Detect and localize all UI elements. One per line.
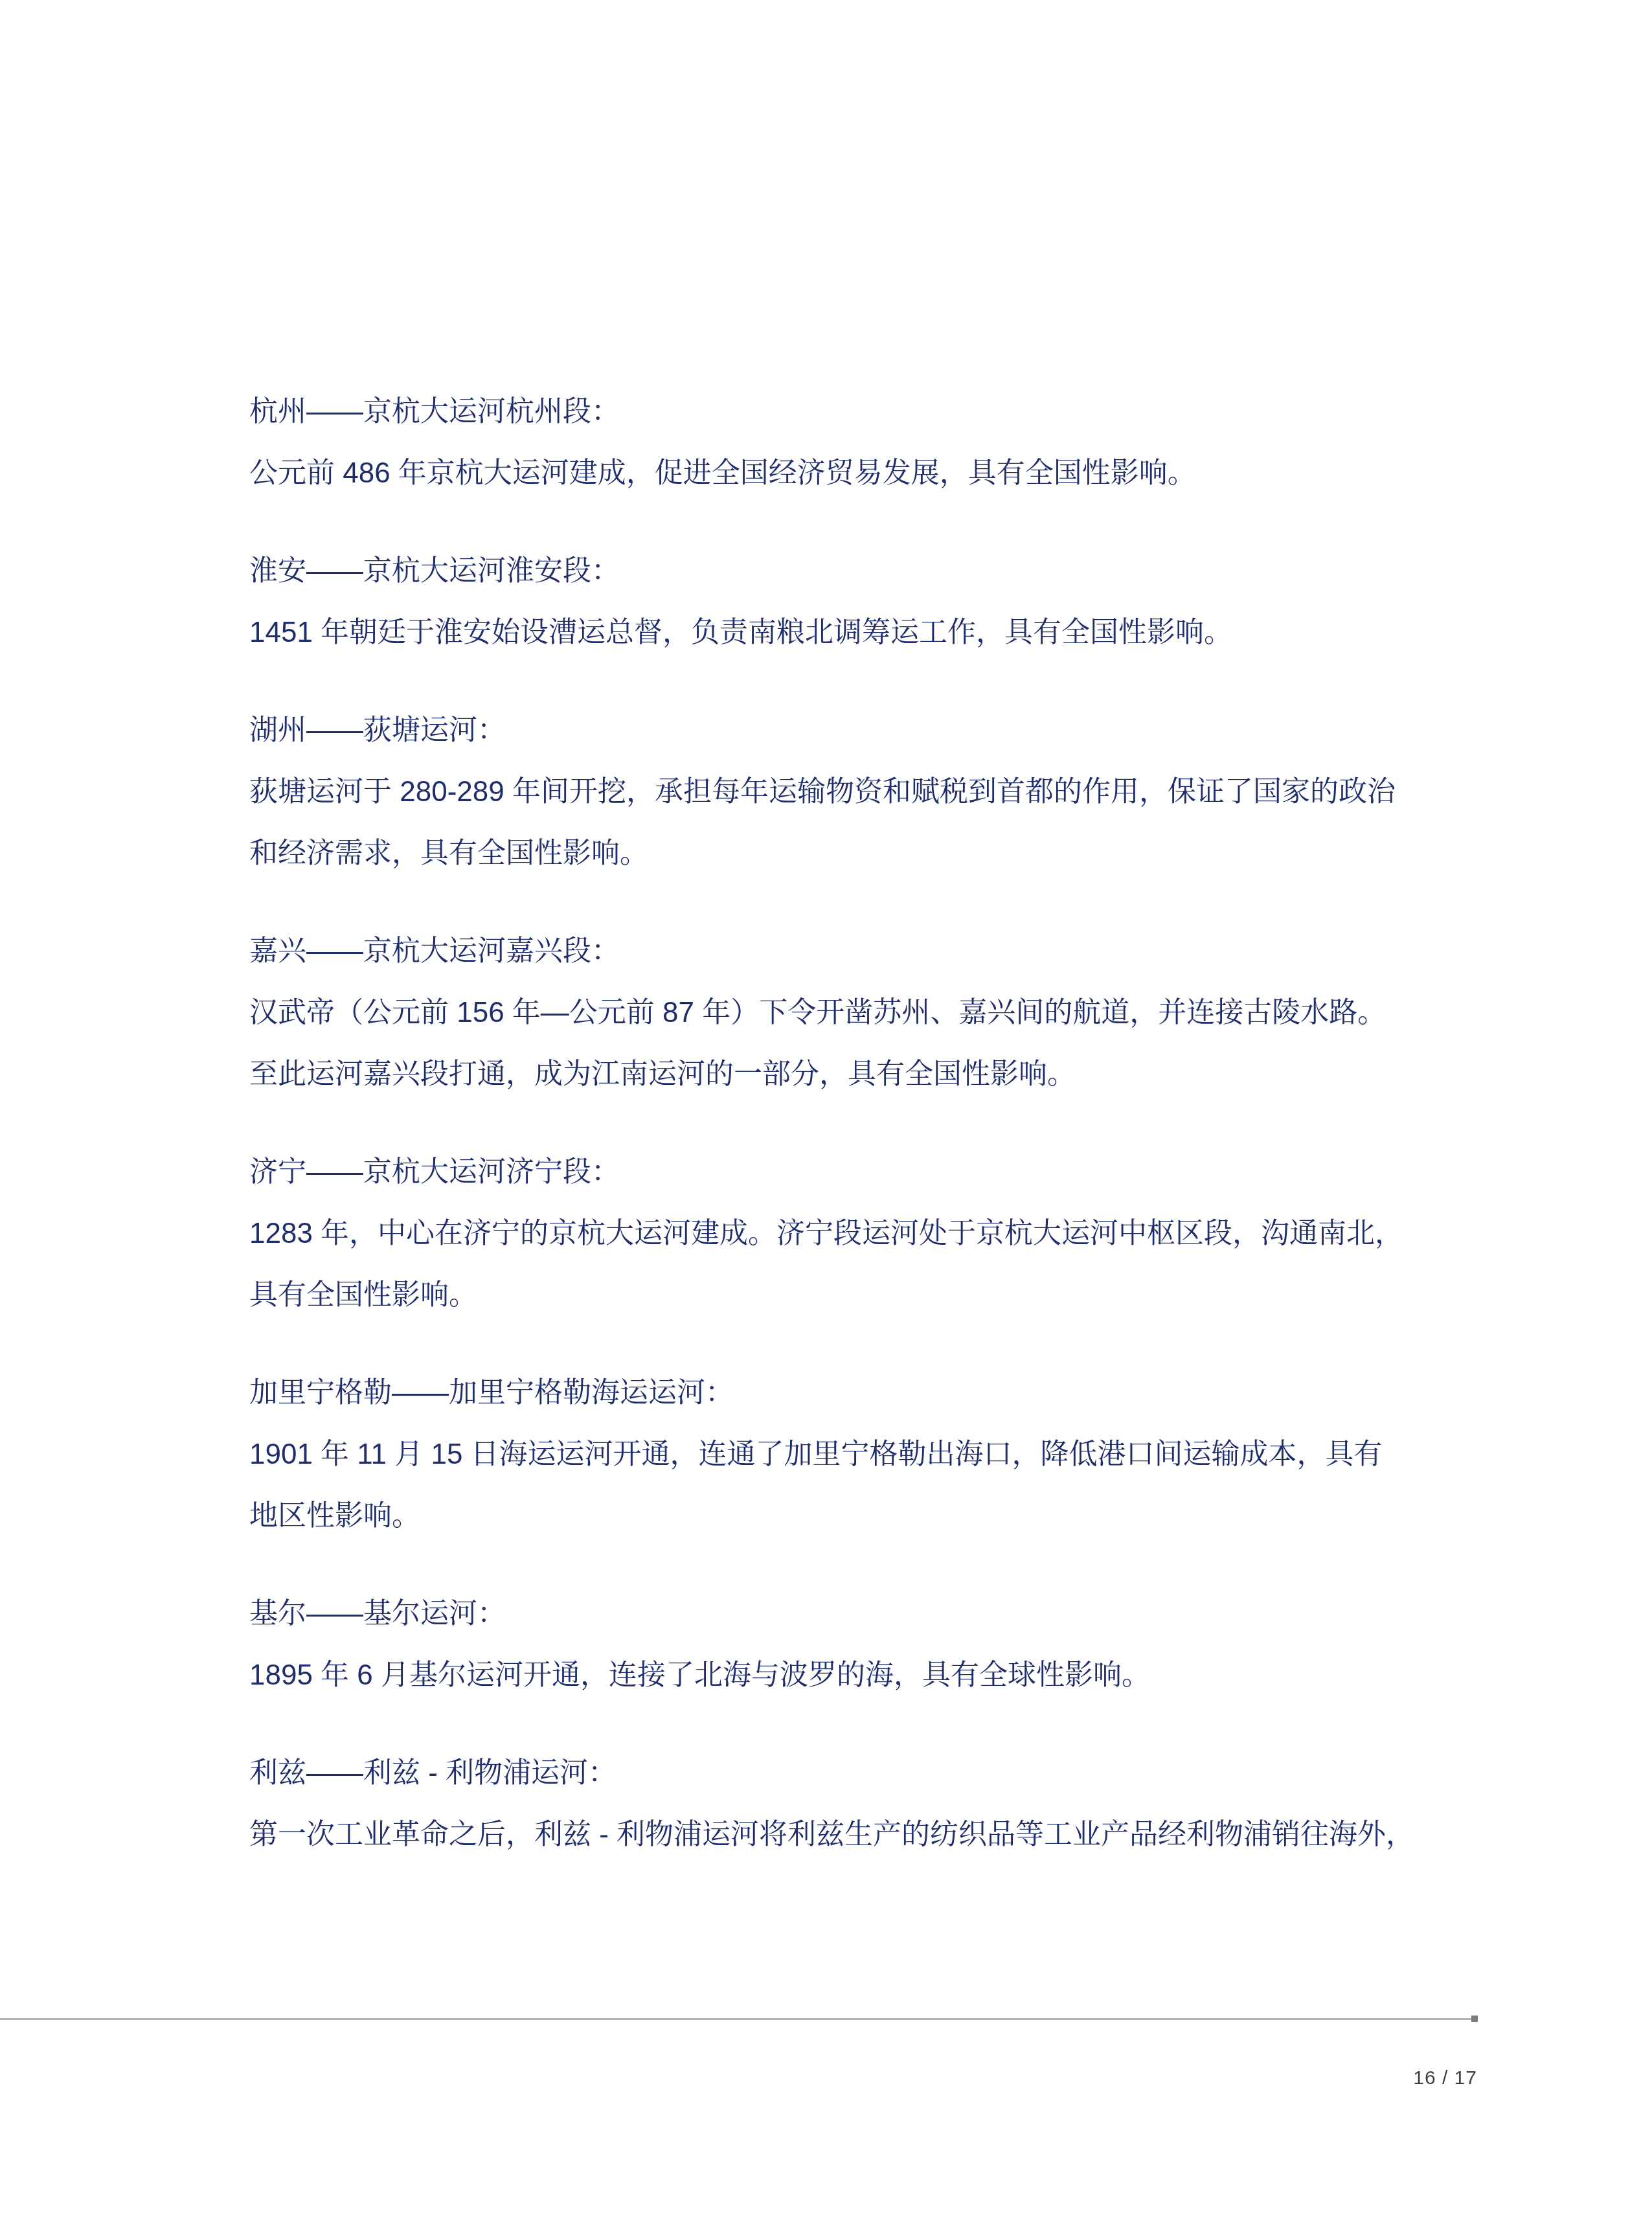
- document-content: 杭州——京杭大运河杭州段： 公元前 486 年京杭大运河建成，促进全国经济贸易发…: [249, 381, 1519, 1865]
- section-body-line: 荻塘运河于 280-289 年间开挖，承担每年运输物资和赋税到首都的作用，保证了…: [249, 761, 1519, 823]
- section-body-line: 1283 年，中心在济宁的京杭大运河建成。济宁段运河处于京杭大运河中枢区段，沟通…: [249, 1203, 1519, 1264]
- section-title: 嘉兴——京杭大运河嘉兴段：: [249, 920, 1519, 982]
- canal-section-kiel: 基尔——基尔运河： 1895 年 6 月基尔运河开通，连接了北海与波罗的海，具有…: [249, 1583, 1519, 1706]
- section-body-line: 第一次工业革命之后，利兹 - 利物浦运河将利兹生产的纺织品等工业产品经利物浦销往…: [249, 1804, 1519, 1865]
- footer-divider-line: [0, 2018, 1475, 2020]
- canal-section-jiaxing: 嘉兴——京杭大运河嘉兴段： 汉武帝（公元前 156 年—公元前 87 年）下令开…: [249, 920, 1519, 1105]
- section-body-line: 1901 年 11 月 15 日海运运河开通，连通了加里宁格勒出海口，降低港口间…: [249, 1424, 1519, 1485]
- section-title: 基尔——基尔运河：: [249, 1583, 1519, 1644]
- section-title: 湖州——荻塘运河：: [249, 699, 1519, 761]
- section-body-line: 1895 年 6 月基尔运河开通，连接了北海与波罗的海，具有全球性影响。: [249, 1644, 1519, 1706]
- document-page: 杭州——京杭大运河杭州段： 公元前 486 年京杭大运河建成，促进全国经济贸易发…: [0, 0, 1652, 2226]
- section-title: 济宁——京杭大运河济宁段：: [249, 1141, 1519, 1203]
- canal-section-huaian: 淮安——京杭大运河淮安段： 1451 年朝廷于淮安始设漕运总督，负责南粮北调筹运…: [249, 540, 1519, 663]
- section-body-line: 地区性影响。: [249, 1485, 1519, 1547]
- section-body-line: 具有全国性影响。: [249, 1264, 1519, 1326]
- section-title: 杭州——京杭大运河杭州段：: [249, 381, 1519, 442]
- section-body-line: 和经济需求，具有全国性影响。: [249, 823, 1519, 884]
- section-title: 利兹——利兹 - 利物浦运河：: [249, 1742, 1519, 1804]
- section-title: 加里宁格勒——加里宁格勒海运运河：: [249, 1362, 1519, 1424]
- canal-section-leeds: 利兹——利兹 - 利物浦运河： 第一次工业革命之后，利兹 - 利物浦运河将利兹生…: [249, 1742, 1519, 1865]
- page-number: 16 / 17: [1413, 2067, 1477, 2089]
- section-title: 淮安——京杭大运河淮安段：: [249, 540, 1519, 602]
- section-body-line: 公元前 486 年京杭大运河建成，促进全国经济贸易发展，具有全国性影响。: [249, 442, 1519, 504]
- canal-section-jining: 济宁——京杭大运河济宁段： 1283 年，中心在济宁的京杭大运河建成。济宁段运河…: [249, 1141, 1519, 1326]
- section-body-line: 至此运河嘉兴段打通，成为江南运河的一部分，具有全国性影响。: [249, 1043, 1519, 1105]
- footer-divider-handle: [1471, 2016, 1478, 2022]
- canal-section-huzhou: 湖州——荻塘运河： 荻塘运河于 280-289 年间开挖，承担每年运输物资和赋税…: [249, 699, 1519, 884]
- section-body-line: 汉武帝（公元前 156 年—公元前 87 年）下令开凿苏州、嘉兴间的航道，并连接…: [249, 982, 1519, 1043]
- section-body-line: 1451 年朝廷于淮安始设漕运总督，负责南粮北调筹运工作，具有全国性影响。: [249, 602, 1519, 663]
- canal-section-kaliningrad: 加里宁格勒——加里宁格勒海运运河： 1901 年 11 月 15 日海运运河开通…: [249, 1362, 1519, 1547]
- canal-section-hangzhou: 杭州——京杭大运河杭州段： 公元前 486 年京杭大运河建成，促进全国经济贸易发…: [249, 381, 1519, 504]
